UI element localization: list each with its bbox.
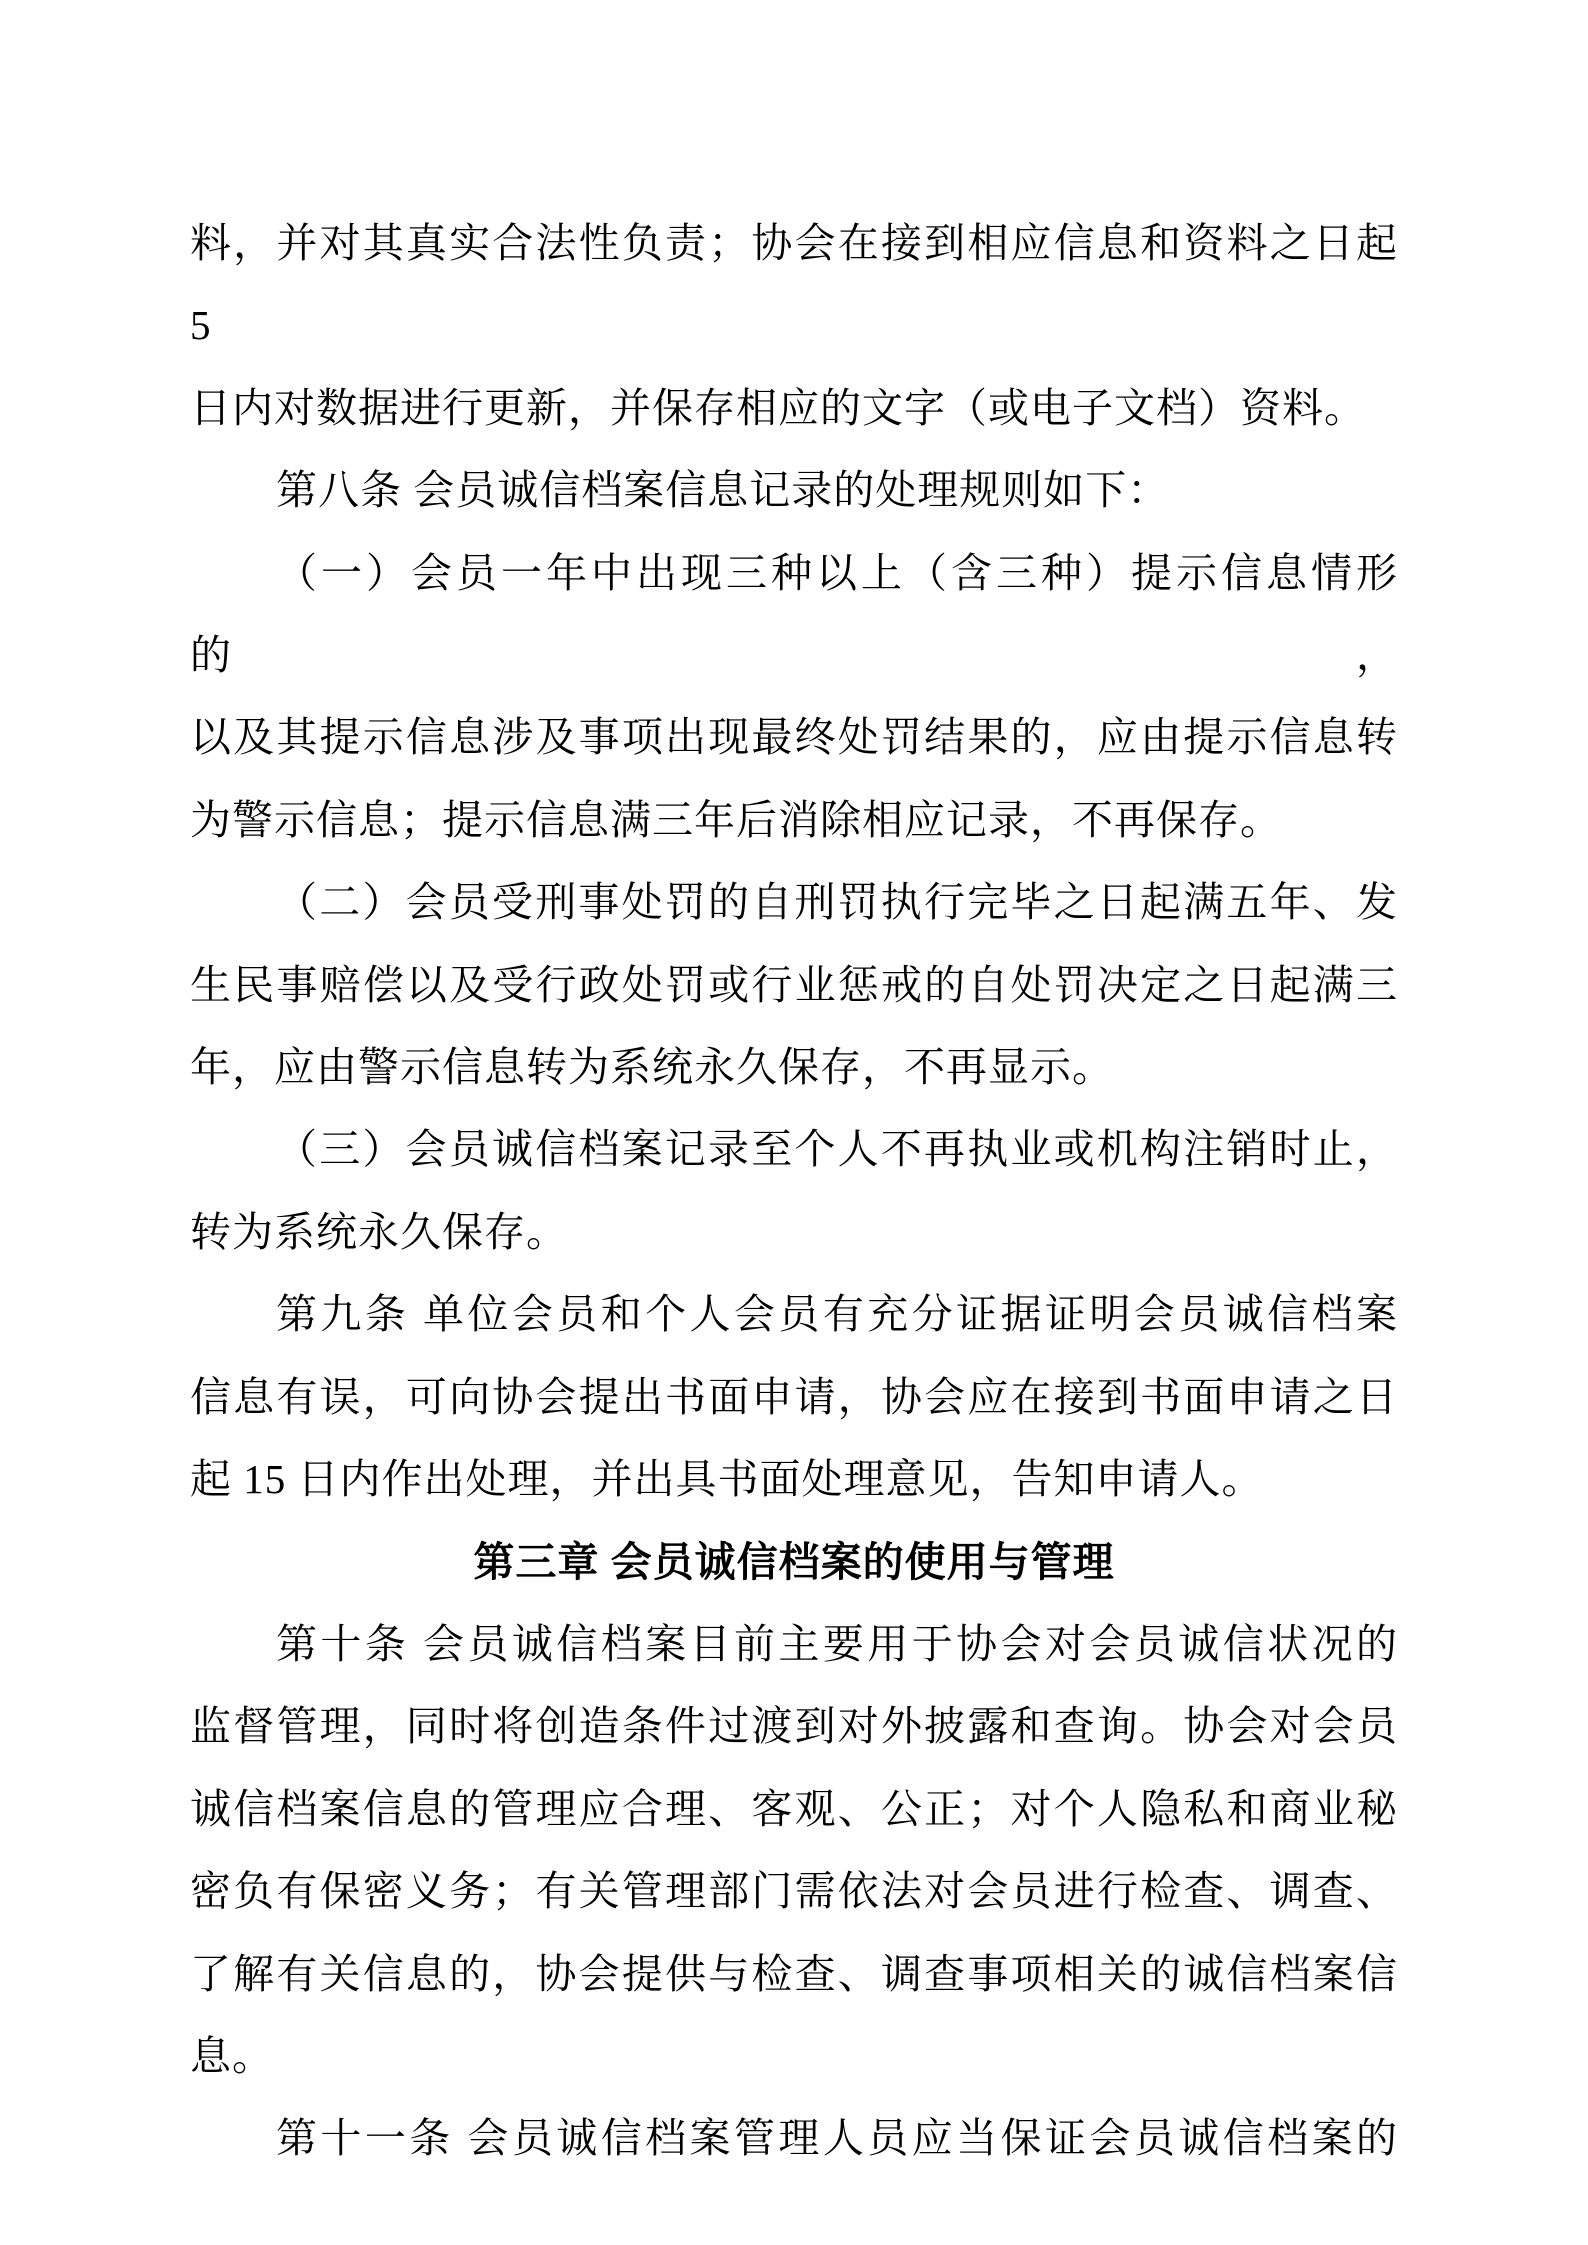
document-page: 料，并对其真实合法性负责；协会在接到相应信息和资料之日起 5 日内对数据进行更新… — [0, 0, 1588, 2245]
document-line: 为警示信息；提示信息满三年后消除相应记录，不再保存。 — [190, 779, 1398, 861]
document-line: （二）会员受刑事处罚的自刑罚执行完毕之日起满五年、发 — [190, 861, 1398, 943]
document-line: 了解有关信息的，协会提供与检查、调查事项相关的诚信档案信 — [190, 1933, 1398, 2015]
chapter-heading: 第三章 会员诚信档案的使用与管理 — [190, 1521, 1398, 1603]
document-line: 转为系统永久保存。 — [190, 1191, 1398, 1273]
document-line: 以及其提示信息涉及事项出现最终处罚结果的，应由提示信息转 — [190, 696, 1398, 778]
document-line: 起 15 日内作出处理，并出具书面处理意见，告知申请人。 — [190, 1438, 1398, 1520]
document-line: 料，并对其真实合法性负责；协会在接到相应信息和资料之日起 5 — [190, 202, 1398, 367]
document-line: 信息有误，可向协会提出书面申请，协会应在接到书面申请之日 — [190, 1356, 1398, 1438]
article-10-line: 第十条 会员诚信档案目前主要用于协会对会员诚信状况的 — [190, 1603, 1398, 1685]
document-line: （一）会员一年中出现三种以上（含三种）提示信息情形的， — [190, 532, 1398, 697]
document-line: （三）会员诚信档案记录至个人不再执业或机构注销时止， — [190, 1108, 1398, 1190]
document-text-block: 料，并对其真实合法性负责；协会在接到相应信息和资料之日起 5 日内对数据进行更新… — [190, 202, 1398, 2180]
article-8-line: 第八条 会员诚信档案信息记录的处理规则如下： — [190, 449, 1398, 531]
document-line: 密负有保密义务；有关管理部门需依法对会员进行检查、调查、 — [190, 1850, 1398, 1932]
document-line: 诚信档案信息的管理应合理、客观、公正；对个人隐私和商业秘 — [190, 1768, 1398, 1850]
document-line: 年，应由警示信息转为系统永久保存，不再显示。 — [190, 1026, 1398, 1108]
document-line: 日内对数据进行更新，并保存相应的文字（或电子文档）资料。 — [190, 367, 1398, 449]
document-line: 息。 — [190, 2015, 1398, 2097]
article-11-line: 第十一条 会员诚信档案管理人员应当保证会员诚信档案的 — [190, 2097, 1398, 2179]
document-line: 监督管理，同时将创造条件过渡到对外披露和查询。协会对会员 — [190, 1685, 1398, 1767]
document-line: 生民事赔偿以及受行政处罚或行业惩戒的自处罚决定之日起满三 — [190, 944, 1398, 1026]
article-9-line: 第九条 单位会员和个人会员有充分证据证明会员诚信档案 — [190, 1273, 1398, 1355]
